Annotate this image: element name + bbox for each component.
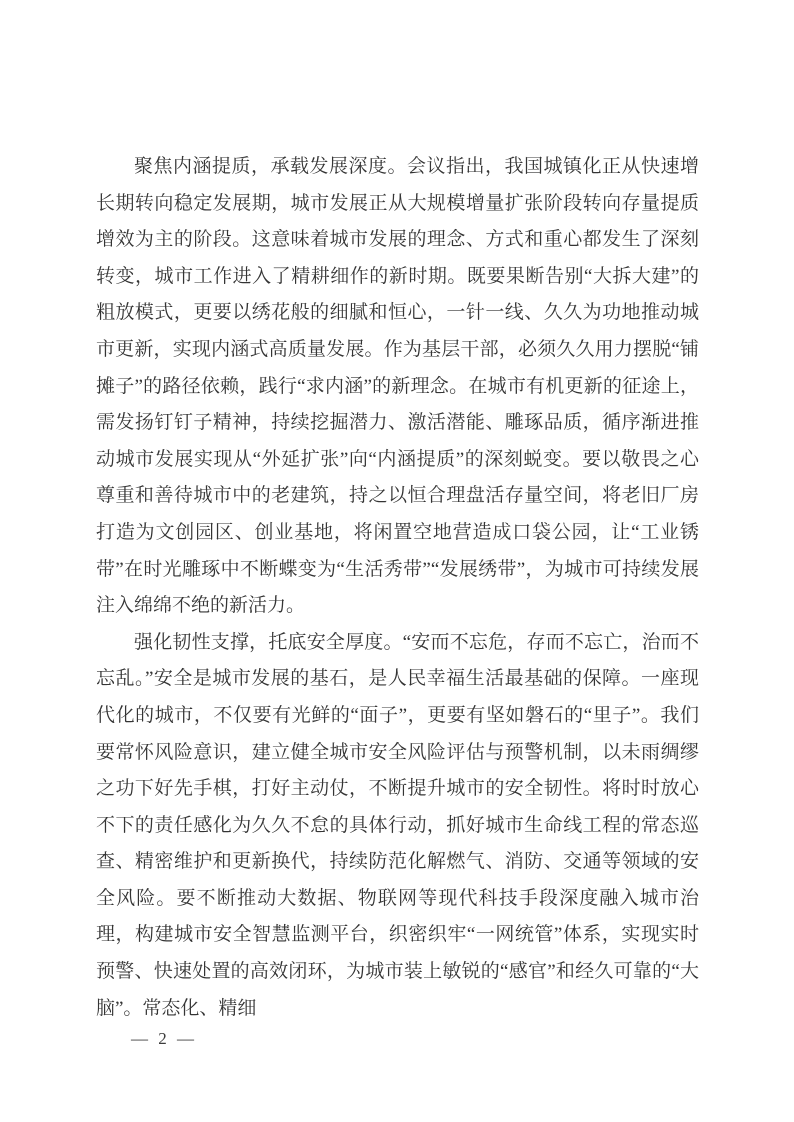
document-body: 聚焦内涵提质，承载发展深度。会议指出，我国城镇化正从快速增长期转向稳定发展期，城… — [96, 149, 699, 1027]
paragraph-content-quality: 聚焦内涵提质，承载发展深度。会议指出，我国城镇化正从快速增长期转向稳定发展期，城… — [96, 149, 699, 625]
document-page: 聚焦内涵提质，承载发展深度。会议指出，我国城镇化正从快速增长期转向稳定发展期，城… — [0, 0, 794, 1122]
page-number: — 2 — — [131, 1029, 197, 1049]
paragraph-resilience-safety: 强化韧性支撑，托底安全厚度。“安而不忘危，存而不忘亡，治而不忘乱。”安全是城市发… — [96, 625, 699, 1028]
